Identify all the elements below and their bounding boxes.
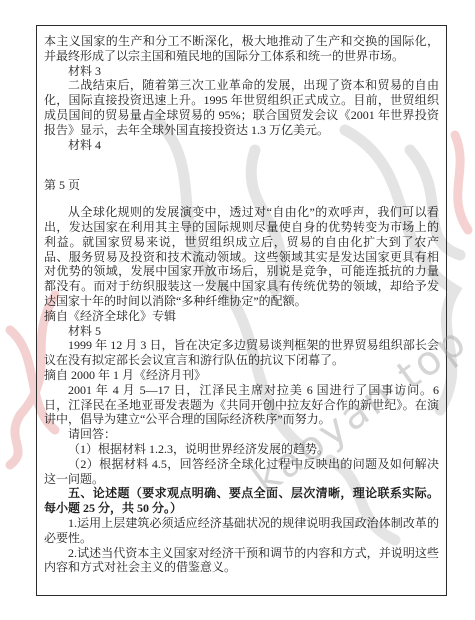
material-5-body2: 2001 年 4 月 5—17 日，江泽民主席对拉美 6 国进行了国事访问。6 … bbox=[44, 383, 439, 427]
material-5-label: 材料 5 bbox=[44, 324, 439, 339]
blank-gap bbox=[44, 193, 439, 205]
answer-prompt: 请回答： bbox=[44, 427, 439, 442]
section-5-heading: 五、论述题（要求观点明确、要点全面、层次清晰，理论联系实际。每小题 25 分，共… bbox=[44, 486, 439, 516]
exam-page-frame: 本主义国家的生产和分工不断深化，极大地推动了生产和交换的国际化，并最终形成了以宗… bbox=[36, 25, 447, 596]
essay-item-2: 2.试述当代资本主义国家对经济干预和调节的内容和方式，并说明这些内容和方式对社会… bbox=[44, 546, 439, 576]
essay-item-1: 1.运用上层建筑必须适应经济基础状况的规律说明我国政治体制改革的必要性。 bbox=[44, 516, 439, 546]
material-5-body1: 1999 年 12 月 3 日，旨在决定多边贸易谈判框架的世界贸易组织部长会议在… bbox=[44, 338, 439, 368]
material-3-label: 材料 3 bbox=[44, 64, 439, 79]
source-globalization: 摘自《经济全球化》专辑 bbox=[44, 309, 439, 324]
blank-gap bbox=[44, 152, 439, 178]
material-3-body: 二战结束后，随着第三次工业革命的发展，出现了资本和贸易的自由化，国际直接投资迅速… bbox=[44, 78, 439, 137]
question-1: （1）根据材料 1.2.3，说明世界经济发展的趋势。 bbox=[44, 442, 439, 457]
globalization-paragraph: 从全球化规则的发展演变中，透过对“自由化”的欢呼声，我们可以看出，发达国家在利用… bbox=[44, 205, 439, 309]
question-2: （2）根据材料 4.5，回答经济全球化过程中反映出的问题及如何解决这一问题。 bbox=[44, 457, 439, 487]
page-number: 第 5 页 bbox=[44, 178, 439, 193]
continuation-paragraph: 本主义国家的生产和分工不断深化，极大地推动了生产和交换的国际化，并最终形成了以宗… bbox=[44, 34, 439, 64]
material-4-label: 材料 4 bbox=[44, 138, 439, 153]
source-economic-monthly: 摘自 2000 年 1 月《经济月刊》 bbox=[44, 368, 439, 383]
